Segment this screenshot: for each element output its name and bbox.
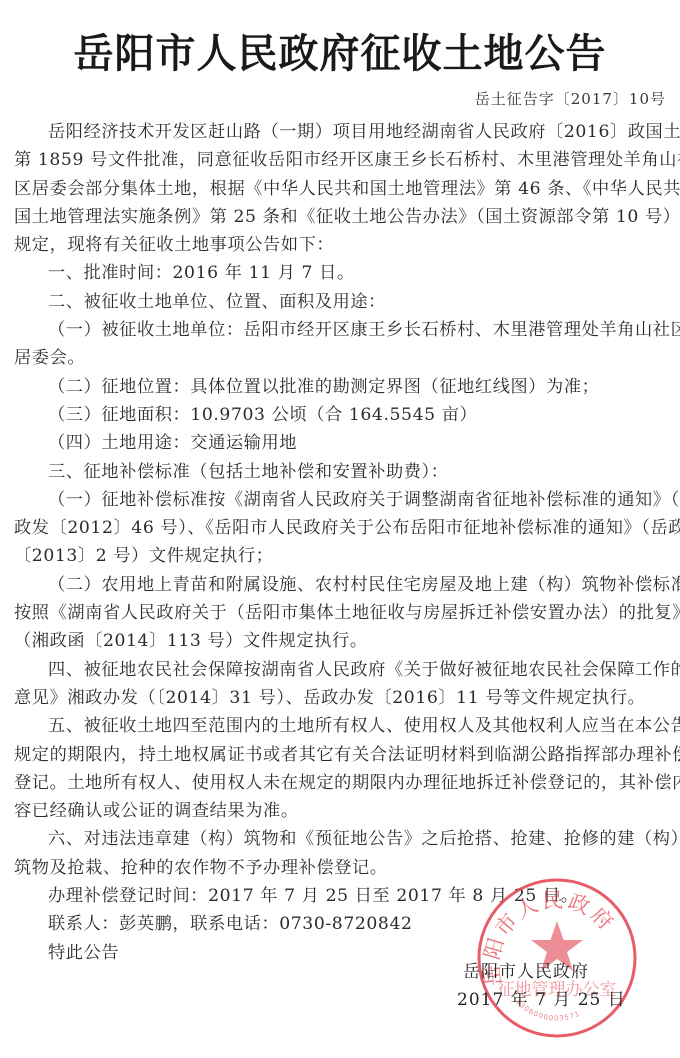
body-line: 规定的期限内，持土地权属证书或者其它有关合法证明材料到临湖公路指挥部办理补偿 [14,741,668,769]
body-line: （二）征地位置：具体位置以批准的勘测定界图（征地红线图）为准； [14,373,668,401]
body-line: 三、征地补偿标准（包括土地补偿和安置补助费）： [14,458,668,486]
body-line: （三）征地面积：10.9703 公顷（合 164.5545 亩） [14,401,668,429]
announcement-title: 岳阳市人民政府征收土地公告 [0,22,680,79]
body-line: 政发〔2012〕46 号）、《岳阳市人民政府关于公布岳阳市征地补偿标准的通知》（… [14,514,668,542]
body-line: 一、批准时间：2016 年 11 月 7 日。 [14,259,668,287]
body-line: 容已经确认或公证的调查结果为准。 [14,797,668,825]
body-line: （一）征地补偿标准按《湖南省人民政府关于调整湖南省征地补偿标准的通知》（湘 [14,486,668,514]
body-line: 四、被征地农民社会保障按湖南省人民政府《关于做好被征地农民社会保障工作的 [14,656,668,684]
body-line: 规定，现将有关征收土地事项公告如下： [14,231,668,259]
body-line: 按照《湖南省人民政府关于（岳阳市集体土地征收与房屋拆迁补偿安置办法）的批复》 [14,599,668,627]
body-line: 六、对违法违章建（构）筑物和《预征地公告》之后抢搭、抢建、抢修的建（构） [14,825,668,853]
body-line: （一）被征收土地单位：岳阳市经开区康王乡长石桥村、木里港管理处羊角山社区 [14,316,668,344]
body-line: 国土地管理法实施条例》第 25 条和《征收土地公告办法》（国土资源部令第 10 … [14,203,668,231]
body-line: （四）土地用途：交通运输用地 [14,429,668,457]
body-line: 五、被征收土地四至范围内的土地所有权人、使用权人及其他权利人应当在本公告 [14,712,668,740]
body-line: （湘政函〔2014〕113 号）文件规定执行。 [14,627,668,655]
body-line: 〔2013〕2 号）文件规定执行； [14,542,668,570]
body-line: 居委会。 [14,344,668,372]
body-line: 意见》湘政办发（〔2014〕31 号）、岳政办发〔2016〕11 号等文件规定执… [14,684,668,712]
body-line: 第 1859 号文件批准，同意征收岳阳市经开区康王乡长石桥村、木里港管理处羊角山… [14,146,668,174]
document-number: 岳土征告字〔2017〕10号 [475,88,666,109]
issuer-signature: 岳阳市人民政府 [463,957,663,982]
body-line: 二、被征收土地单位、位置、面积及用途： [14,288,668,316]
announcement-body: 岳阳经济技术开发区赶山路（一期）项目用地经湖南省人民政府〔2016〕政国土字第 … [14,118,668,967]
body-line: 区居委会部分集体土地，根据《中华人民共和国土地管理法》第 46 条、《中华人民共… [14,175,668,203]
body-line: （二）农用地上青苗和附属设施、农村村民住宅房屋及地上建（构）筑物补偿标准 [14,571,668,599]
issue-date: 2017 年 7 月 25 日 [457,985,657,1010]
body-line: 登记。土地所有权人、使用权人未在规定的期限内办理征地拆迁补偿登记的，其补偿内 [14,769,668,797]
body-line: 岳阳经济技术开发区赶山路（一期）项目用地经湖南省人民政府〔2016〕政国土字 [14,118,668,146]
